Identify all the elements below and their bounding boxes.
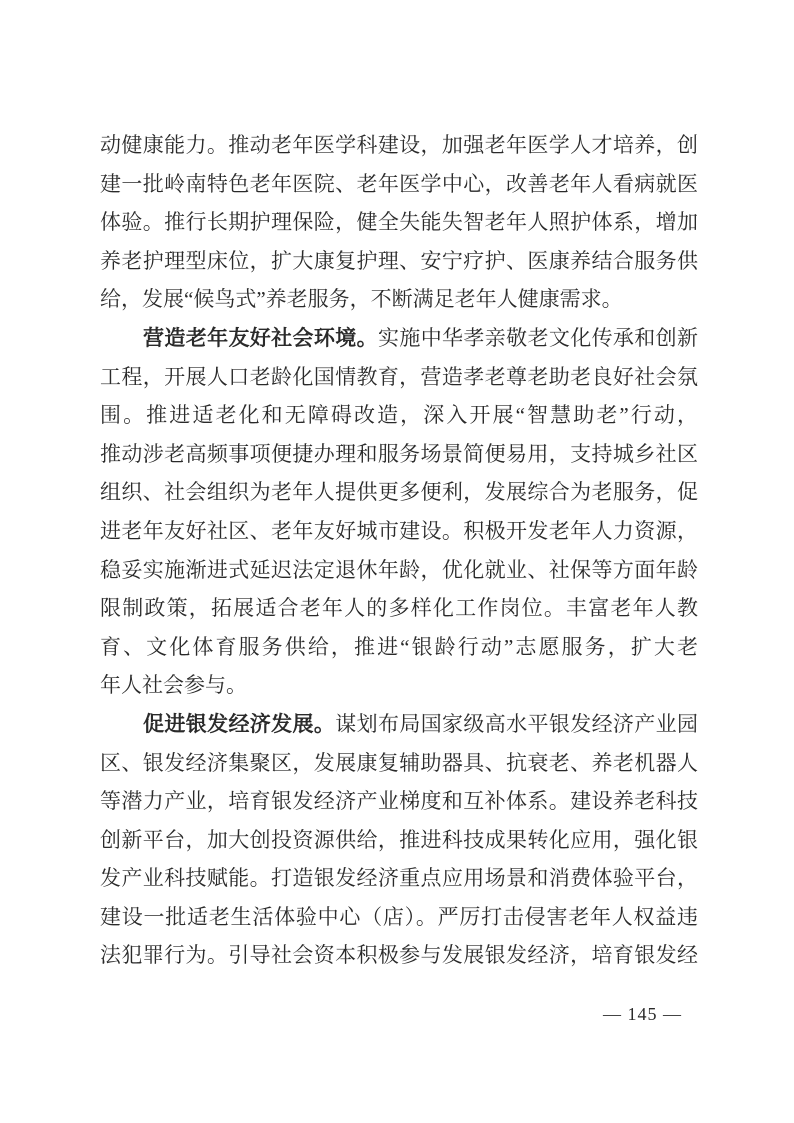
text-line: 育、文化体育服务供给，推进“银龄行动”志愿服务，扩大老	[100, 628, 698, 667]
paragraph-text: 工程，开展人口老龄化国情教育，营造孝老尊老助老良好社会氛	[100, 365, 698, 389]
paragraph-text: 区、银发经济集聚区，发展康复辅助器具、抗衰老、养老机器人	[100, 751, 698, 775]
text-line: 法犯罪行为。引导社会资本积极参与发展银发经济，培育银发经	[100, 936, 698, 975]
text-line: 稳妥实施渐进式延迟法定退休年龄，优化就业、社保等方面年龄	[100, 551, 698, 590]
paragraph-text: 育、文化体育服务供给，推进“银龄行动”志愿服务，扩大老	[100, 635, 698, 659]
text-line: 创新平台，加大创投资源供给，推进科技成果转化应用，强化银	[100, 821, 698, 860]
paragraph-text: 体验。推行长期护理保险，健全失能失智老年人照护体系，增加	[100, 210, 698, 234]
text-line: 促进银发经济发展。谋划布局国家级高水平银发经济产业园	[100, 705, 698, 744]
paragraph-text: 建一批岭南特色老年医院、老年医学中心，改善老年人看病就医	[100, 172, 698, 196]
paragraph-text: 创新平台，加大创投资源供给，推进科技成果转化应用，强化银	[100, 828, 698, 852]
paragraph-text: 稳妥实施渐进式延迟法定退休年龄，优化就业、社保等方面年龄	[100, 558, 698, 582]
text-line: 发产业科技赋能。打造银发经济重点应用场景和消费体验平台，	[100, 859, 698, 898]
paragraph-text: 养老护理型床位，扩大康复护理、安宁疗护、医康养结合服务供	[100, 249, 698, 273]
text-line: 建一批岭南特色老年医院、老年医学中心，改善老年人看病就医	[100, 165, 698, 204]
paragraph-text: 推动涉老高频事项便捷办理和服务场景简便易用，支持城乡社区	[100, 442, 698, 466]
page-footer: — 145 —	[603, 1000, 682, 1028]
paragraph-text: 围。推进适老化和无障碍改造，深入开展“智慧助老”行动，	[100, 403, 698, 427]
paragraph-text: 动健康能力。推动老年医学科建设，加强老年医学人才培养，创	[100, 133, 698, 157]
paragraph-text: 实施中华孝亲敬老文化传承和创新	[378, 326, 698, 350]
text-line: 体验。推行长期护理保险，健全失能失智老年人照护体系，增加	[100, 203, 698, 242]
text-line: 限制政策，拓展适合老年人的多样化工作岗位。丰富老年人教	[100, 589, 698, 628]
paragraph-text: 组织、社会组织为老年人提供更多便利，发展综合为老服务，促	[100, 480, 698, 504]
text-line: 工程，开展人口老龄化国情教育，营造孝老尊老助老良好社会氛	[100, 358, 698, 397]
paragraph-heading: 促进银发经济发展。	[143, 712, 335, 736]
text-line: 给，发展“候鸟式”养老服务，不断满足老年人健康需求。	[100, 280, 698, 319]
text-line: 动健康能力。推动老年医学科建设，加强老年医学人才培养，创	[100, 126, 698, 165]
text-line: 区、银发经济集聚区，发展康复辅助器具、抗衰老、养老机器人	[100, 744, 698, 783]
paragraph-text: 法犯罪行为。引导社会资本积极参与发展银发经济，培育银发经	[100, 943, 698, 967]
paragraph-text: 限制政策，拓展适合老年人的多样化工作岗位。丰富老年人教	[100, 596, 698, 620]
text-line: 推动涉老高频事项便捷办理和服务场景简便易用，支持城乡社区	[100, 435, 698, 474]
text-line: 养老护理型床位，扩大康复护理、安宁疗护、医康养结合服务供	[100, 242, 698, 281]
paragraph-text: 建设一批适老生活体验中心（店）。严厉打击侵害老年人权益违	[100, 905, 698, 929]
paragraph-text: 给，发展“候鸟式”养老服务，不断满足老年人健康需求。	[100, 287, 623, 311]
paragraph-heading: 营造老年友好社会环境。	[143, 326, 378, 350]
paragraph-text: 谋划布局国家级高水平银发经济产业园	[335, 712, 698, 736]
text-line: 营造老年友好社会环境。实施中华孝亲敬老文化传承和创新	[100, 319, 698, 358]
text-line: 组织、社会组织为老年人提供更多便利，发展综合为老服务，促	[100, 473, 698, 512]
text-line: 建设一批适老生活体验中心（店）。严厉打击侵害老年人权益违	[100, 898, 698, 937]
paragraph-text: 等潜力产业，培育银发经济产业梯度和互补体系。建设养老科技	[100, 789, 698, 813]
text-line: 等潜力产业，培育银发经济产业梯度和互补体系。建设养老科技	[100, 782, 698, 821]
document-page: 动健康能力。推动老年医学科建设，加强老年医学人才培养，创建一批岭南特色老年医院、…	[0, 0, 794, 1123]
text-line: 进老年友好社区、老年友好城市建设。积极开发老年人力资源，	[100, 512, 698, 551]
text-line: 围。推进适老化和无障碍改造，深入开展“智慧助老”行动，	[100, 396, 698, 435]
paragraph-text: 进老年友好社区、老年友好城市建设。积极开发老年人力资源，	[100, 519, 698, 543]
paragraph-text: 年人社会参与。	[100, 673, 247, 697]
page-body: 动健康能力。推动老年医学科建设，加强老年医学人才培养，创建一批岭南特色老年医院、…	[100, 126, 698, 975]
paragraph-text: 发产业科技赋能。打造银发经济重点应用场景和消费体验平台，	[100, 866, 698, 890]
text-line: 年人社会参与。	[100, 666, 698, 705]
page-number: — 145 —	[603, 1004, 682, 1024]
